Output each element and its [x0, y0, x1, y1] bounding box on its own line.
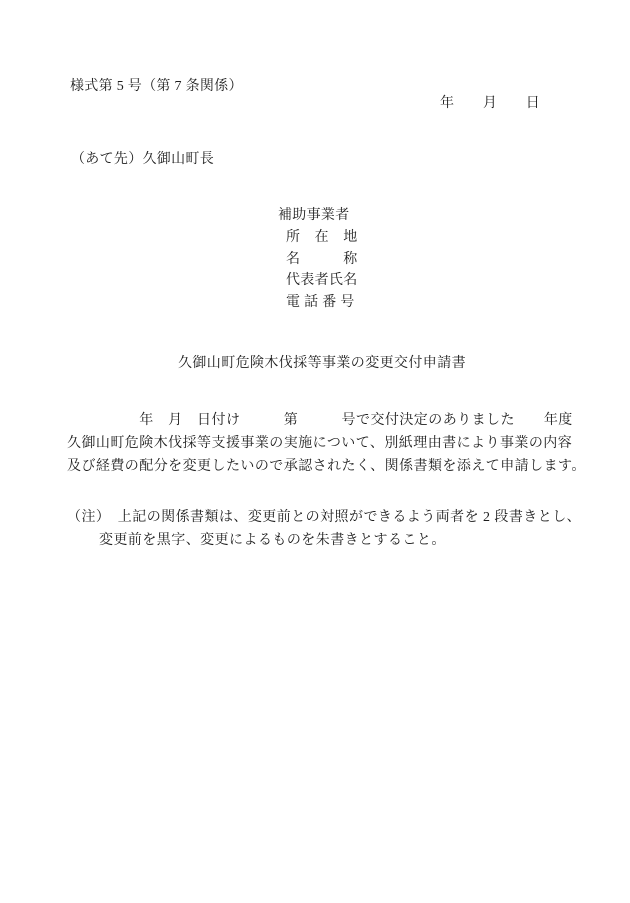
note-line-1: （注） 上記の関係書類は、変更前との対照ができるよう両者を 2 段書きとし、 — [67, 506, 572, 529]
addressee-line: （あて先）久御山町長 — [71, 152, 214, 168]
applicant-field-address: 所 在 地 — [278, 227, 358, 249]
applicant-header: 補助事業者 — [278, 205, 358, 227]
form-number: 様式第 5 号（第 7 条関係） — [70, 79, 243, 95]
body-line-1: 年 月 日付け 第 号で交付決定のありました 年度 — [67, 409, 572, 432]
applicant-field-phone: 電 話 番 号 — [278, 292, 358, 314]
document-title: 久御山町危険木伐採等事業の変更交付申請書 — [0, 356, 630, 372]
applicant-block: 補助事業者 所 在 地 名 称 代表者氏名 電 話 番 号 — [278, 205, 358, 314]
document-page: 様式第 5 号（第 7 条関係） 年 月 日 （あて先）久御山町長 補助事業者 … — [0, 0, 630, 903]
applicant-field-representative: 代表者氏名 — [278, 270, 358, 292]
date-line: 年 月 日 — [440, 96, 540, 112]
body-line-3: 及び経費の配分を変更したいので承認されたく、関係書類を添えて申請します。 — [67, 455, 572, 478]
note-block: （注） 上記の関係書類は、変更前との対照ができるよう両者を 2 段書きとし、 変… — [67, 506, 572, 552]
body-line-2: 久御山町危険木伐採等支援事業の実施について、別紙理由書により事業の内容 — [67, 432, 572, 455]
applicant-field-name: 名 称 — [278, 249, 358, 271]
note-line-2: 変更前を黒字、変更によるものを朱書きとすること。 — [67, 529, 572, 552]
body-paragraph: 年 月 日付け 第 号で交付決定のありました 年度 久御山町危険木伐採等支援事業… — [67, 409, 572, 478]
